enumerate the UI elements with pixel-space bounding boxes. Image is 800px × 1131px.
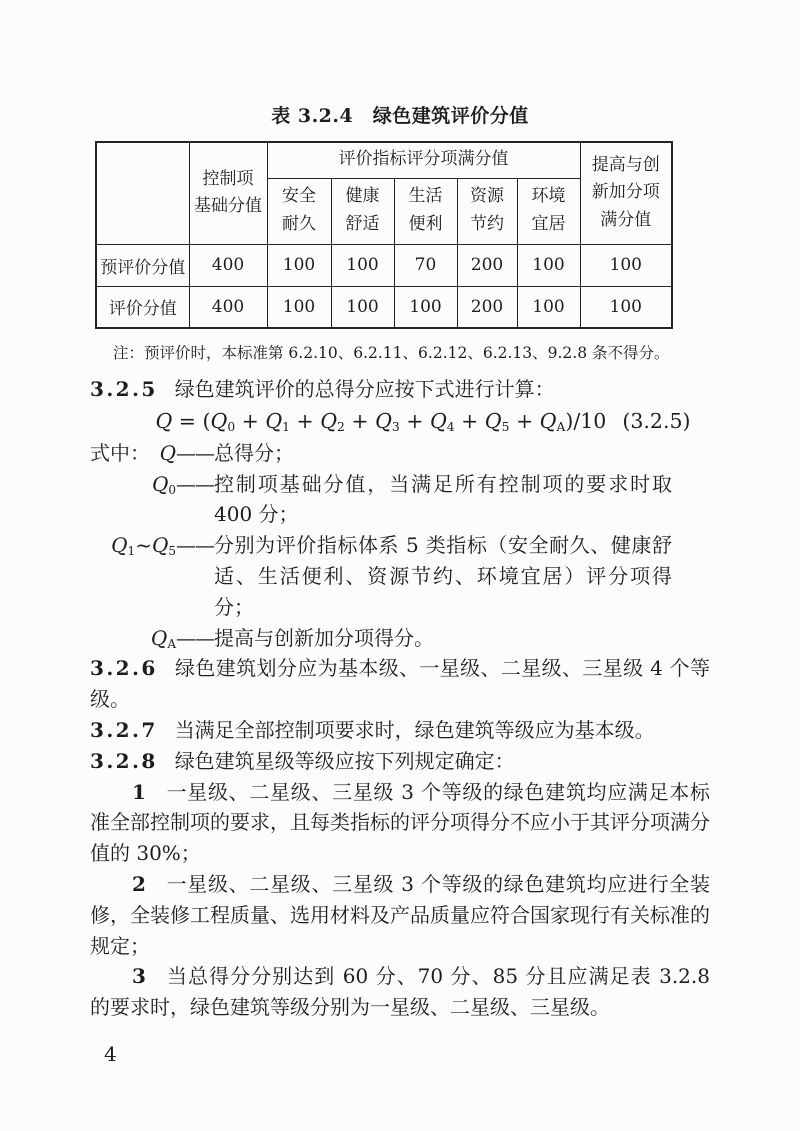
- indicator-header-cell: 环境 宜居: [517, 178, 580, 244]
- value-cell: 100: [331, 244, 394, 286]
- section-text: 绿色建筑划分应为基本级、一星级、二星级、三星级 4 个等级。: [90, 656, 710, 711]
- item-number: 1: [132, 780, 146, 804]
- symbol-description: 提高与创新加分项得分。: [214, 623, 710, 654]
- section-number: 3.2.7: [90, 718, 158, 742]
- symbol-description: 分别为评价指标体系 5 类指标（安全耐久、健康舒适、生活便利、资源节约、环境宜居…: [214, 530, 710, 622]
- value-cell: 100: [580, 286, 672, 328]
- value-cell: 100: [394, 286, 457, 328]
- score-table: 控制项 基础分值 评价指标评分项满分值 提高与创 新加分项 满分值 安全 耐久 …: [95, 141, 673, 329]
- section-number: 3.2.6: [90, 656, 158, 680]
- symbol-q: Q: [160, 438, 176, 469]
- symbol-q1-q5: Q1~Q5: [111, 530, 176, 561]
- document-page: 表 3.2.4 绿色建筑评价分值 控制项 基础分值 评价指标评分项满分值 提高与…: [0, 0, 800, 1131]
- definition-dash: ——: [176, 469, 214, 500]
- definition-dash: ——: [176, 530, 214, 561]
- section-3-2-6: 3.2.6绿色建筑划分应为基本级、一星级、二星级、三星级 4 个等级。: [90, 653, 710, 715]
- section-3-2-5: 3.2.5绿色建筑评价的总得分应按下式进行计算：: [90, 374, 710, 405]
- page-content: 表 3.2.4 绿色建筑评价分值 控制项 基础分值 评价指标评分项满分值 提高与…: [90, 104, 710, 1066]
- section-3-2-7: 3.2.7当满足全部控制项要求时，绿色建筑等级应为基本级。: [90, 715, 710, 746]
- symbol-q0: Q0: [152, 469, 176, 500]
- page-number: 4: [90, 1042, 710, 1066]
- symbol-description: 控制项基础分值，当满足所有控制项的要求时取 400 分；: [214, 469, 710, 531]
- item-text: 当总得分分别达到 60 分、70 分、85 分且应满足表 3.2.8 的要求时，…: [90, 964, 710, 1019]
- table-header-row-group: 控制项 基础分值 评价指标评分项满分值 提高与创 新加分项 满分值: [96, 142, 672, 178]
- list-item-3: 3当总得分分别达到 60 分、70 分、85 分且应满足表 3.2.8 的要求时…: [90, 961, 710, 1023]
- row-label-cell: 预评价分值: [96, 244, 189, 286]
- section-number: 3.2.8: [90, 749, 158, 773]
- indicator-header-cell: 资源 节约: [457, 178, 517, 244]
- item-text: 一星级、二星级、三星级 3 个等级的绿色建筑均应进行全装修，全装修工程质量、选用…: [90, 872, 710, 958]
- value-cell: 400: [189, 244, 267, 286]
- where-definition-row: Q0—— 控制项基础分值，当满足所有控制项的要求时取 400 分；: [90, 469, 710, 531]
- table-row-evaluation: 评价分值 400 100 100 100 200 100 100: [96, 286, 672, 328]
- symbol-description: 总得分；: [214, 438, 710, 469]
- value-cell: 100: [267, 244, 331, 286]
- value-cell: 100: [517, 244, 580, 286]
- value-cell: 200: [457, 286, 517, 328]
- indicator-header-cell: 安全 耐久: [267, 178, 331, 244]
- table-title: 表 3.2.4 绿色建筑评价分值: [90, 104, 710, 128]
- row-label-cell: 评价分值: [96, 286, 189, 328]
- value-cell: 70: [394, 244, 457, 286]
- table-note: 注：预评价时，本标准第 6.2.10、6.2.11、6.2.12、6.2.13、…: [90, 342, 710, 364]
- indicator-header-cell: 生活 便利: [394, 178, 457, 244]
- item-text: 一星级、二星级、三星级 3 个等级的绿色建筑均应满足本标准全部控制项的要求，且每…: [90, 780, 710, 866]
- item-number: 3: [132, 964, 146, 988]
- section-number: 3.2.5: [90, 377, 158, 401]
- indicator-header-cell: 健康 舒适: [331, 178, 394, 244]
- definition-dash: ——: [176, 438, 214, 469]
- value-cell: 400: [189, 286, 267, 328]
- value-cell: 100: [331, 286, 394, 328]
- equation-body: Q = (Q0 + Q1 + Q2 + Q3 + Q4 + Q5 + QA)/1…: [155, 409, 606, 433]
- where-list: 式中：Q—— 总得分； Q0—— 控制项基础分值，当满足所有控制项的要求时取 4…: [90, 438, 710, 654]
- list-item-2: 2一星级、二星级、三星级 3 个等级的绿色建筑均应进行全装修，全装修工程质量、选…: [90, 869, 710, 961]
- section-3-2-8: 3.2.8绿色建筑星级等级应按下列规定确定：: [90, 746, 710, 777]
- equation-3-2-5: Q = (Q0 + Q1 + Q2 + Q3 + Q4 + Q5 + QA)/1…: [90, 405, 710, 438]
- value-cell: 100: [517, 286, 580, 328]
- control-header-cell: 控制项 基础分值: [189, 142, 267, 244]
- definition-dash: ——: [176, 623, 214, 654]
- section-text: 绿色建筑星级等级应按下列规定确定：: [175, 749, 515, 773]
- group-header-cell: 评价指标评分项满分值: [267, 142, 580, 178]
- where-definition-row: Q1~Q5—— 分别为评价指标体系 5 类指标（安全耐久、健康舒适、生活便利、资…: [90, 530, 710, 622]
- value-cell: 100: [580, 244, 672, 286]
- symbol-qa: QA: [151, 623, 176, 654]
- section-text: 当满足全部控制项要求时，绿色建筑等级应为基本级。: [175, 718, 655, 742]
- item-number: 2: [132, 872, 146, 896]
- bonus-header-cell: 提高与创 新加分项 满分值: [580, 142, 672, 244]
- table-corner-cell: [96, 142, 189, 244]
- section-text: 绿色建筑评价的总得分应按下式进行计算：: [175, 377, 555, 401]
- value-cell: 100: [267, 286, 331, 328]
- where-definition-row: 式中：Q—— 总得分；: [90, 438, 710, 469]
- list-item-1: 1一星级、二星级、三星级 3 个等级的绿色建筑均应满足本标准全部控制项的要求，且…: [90, 777, 710, 869]
- where-prefix: 式中：: [90, 438, 150, 469]
- where-definition-row: QA—— 提高与创新加分项得分。: [90, 623, 710, 654]
- value-cell: 200: [457, 244, 517, 286]
- table-row-pre-evaluation: 预评价分值 400 100 100 70 200 100 100: [96, 244, 672, 286]
- equation-number: (3.2.5): [622, 409, 690, 433]
